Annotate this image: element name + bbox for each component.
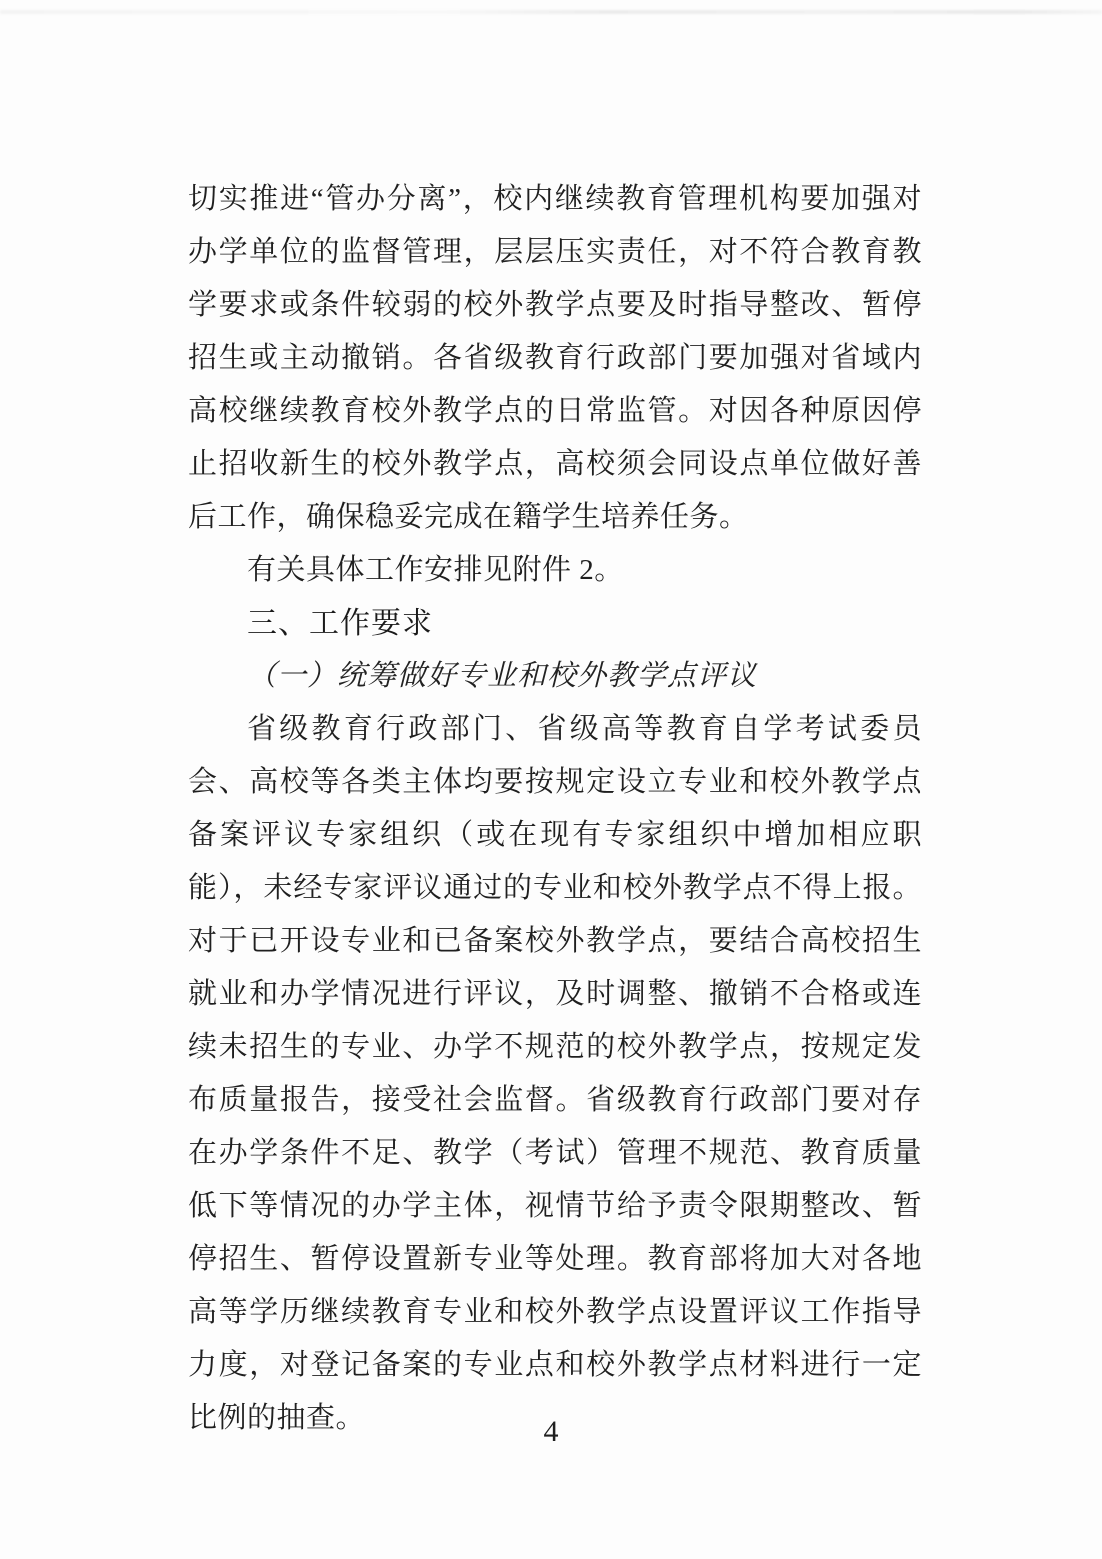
scan-artifact-top <box>0 10 1102 14</box>
paragraph-evaluation-detail: 省级教育行政部门、省级高等教育自学考试委员会、高校等各类主体均要按规定设立专业和… <box>188 703 922 1445</box>
subsection-heading-evaluation: （一）统筹做好专业和校外教学点评议 <box>188 650 922 703</box>
document-body: 切实推进“管办分离”，校内继续教育管理机构要加强对办学单位的监督管理，层层压实责… <box>188 173 922 1445</box>
paragraph-attachment-note: 有关具体工作安排见附件 2。 <box>188 544 922 597</box>
section-heading-work-requirements: 三、工作要求 <box>188 597 922 650</box>
page-number: 4 <box>544 1415 559 1448</box>
page-footer: 4 <box>0 1412 1102 1452</box>
scanned-document-page: 切实推进“管办分离”，校内继续教育管理机构要加强对办学单位的监督管理，层层压实责… <box>0 0 1102 1559</box>
paragraph-continuation: 切实推进“管办分离”，校内继续教育管理机构要加强对办学单位的监督管理，层层压实责… <box>188 173 922 544</box>
